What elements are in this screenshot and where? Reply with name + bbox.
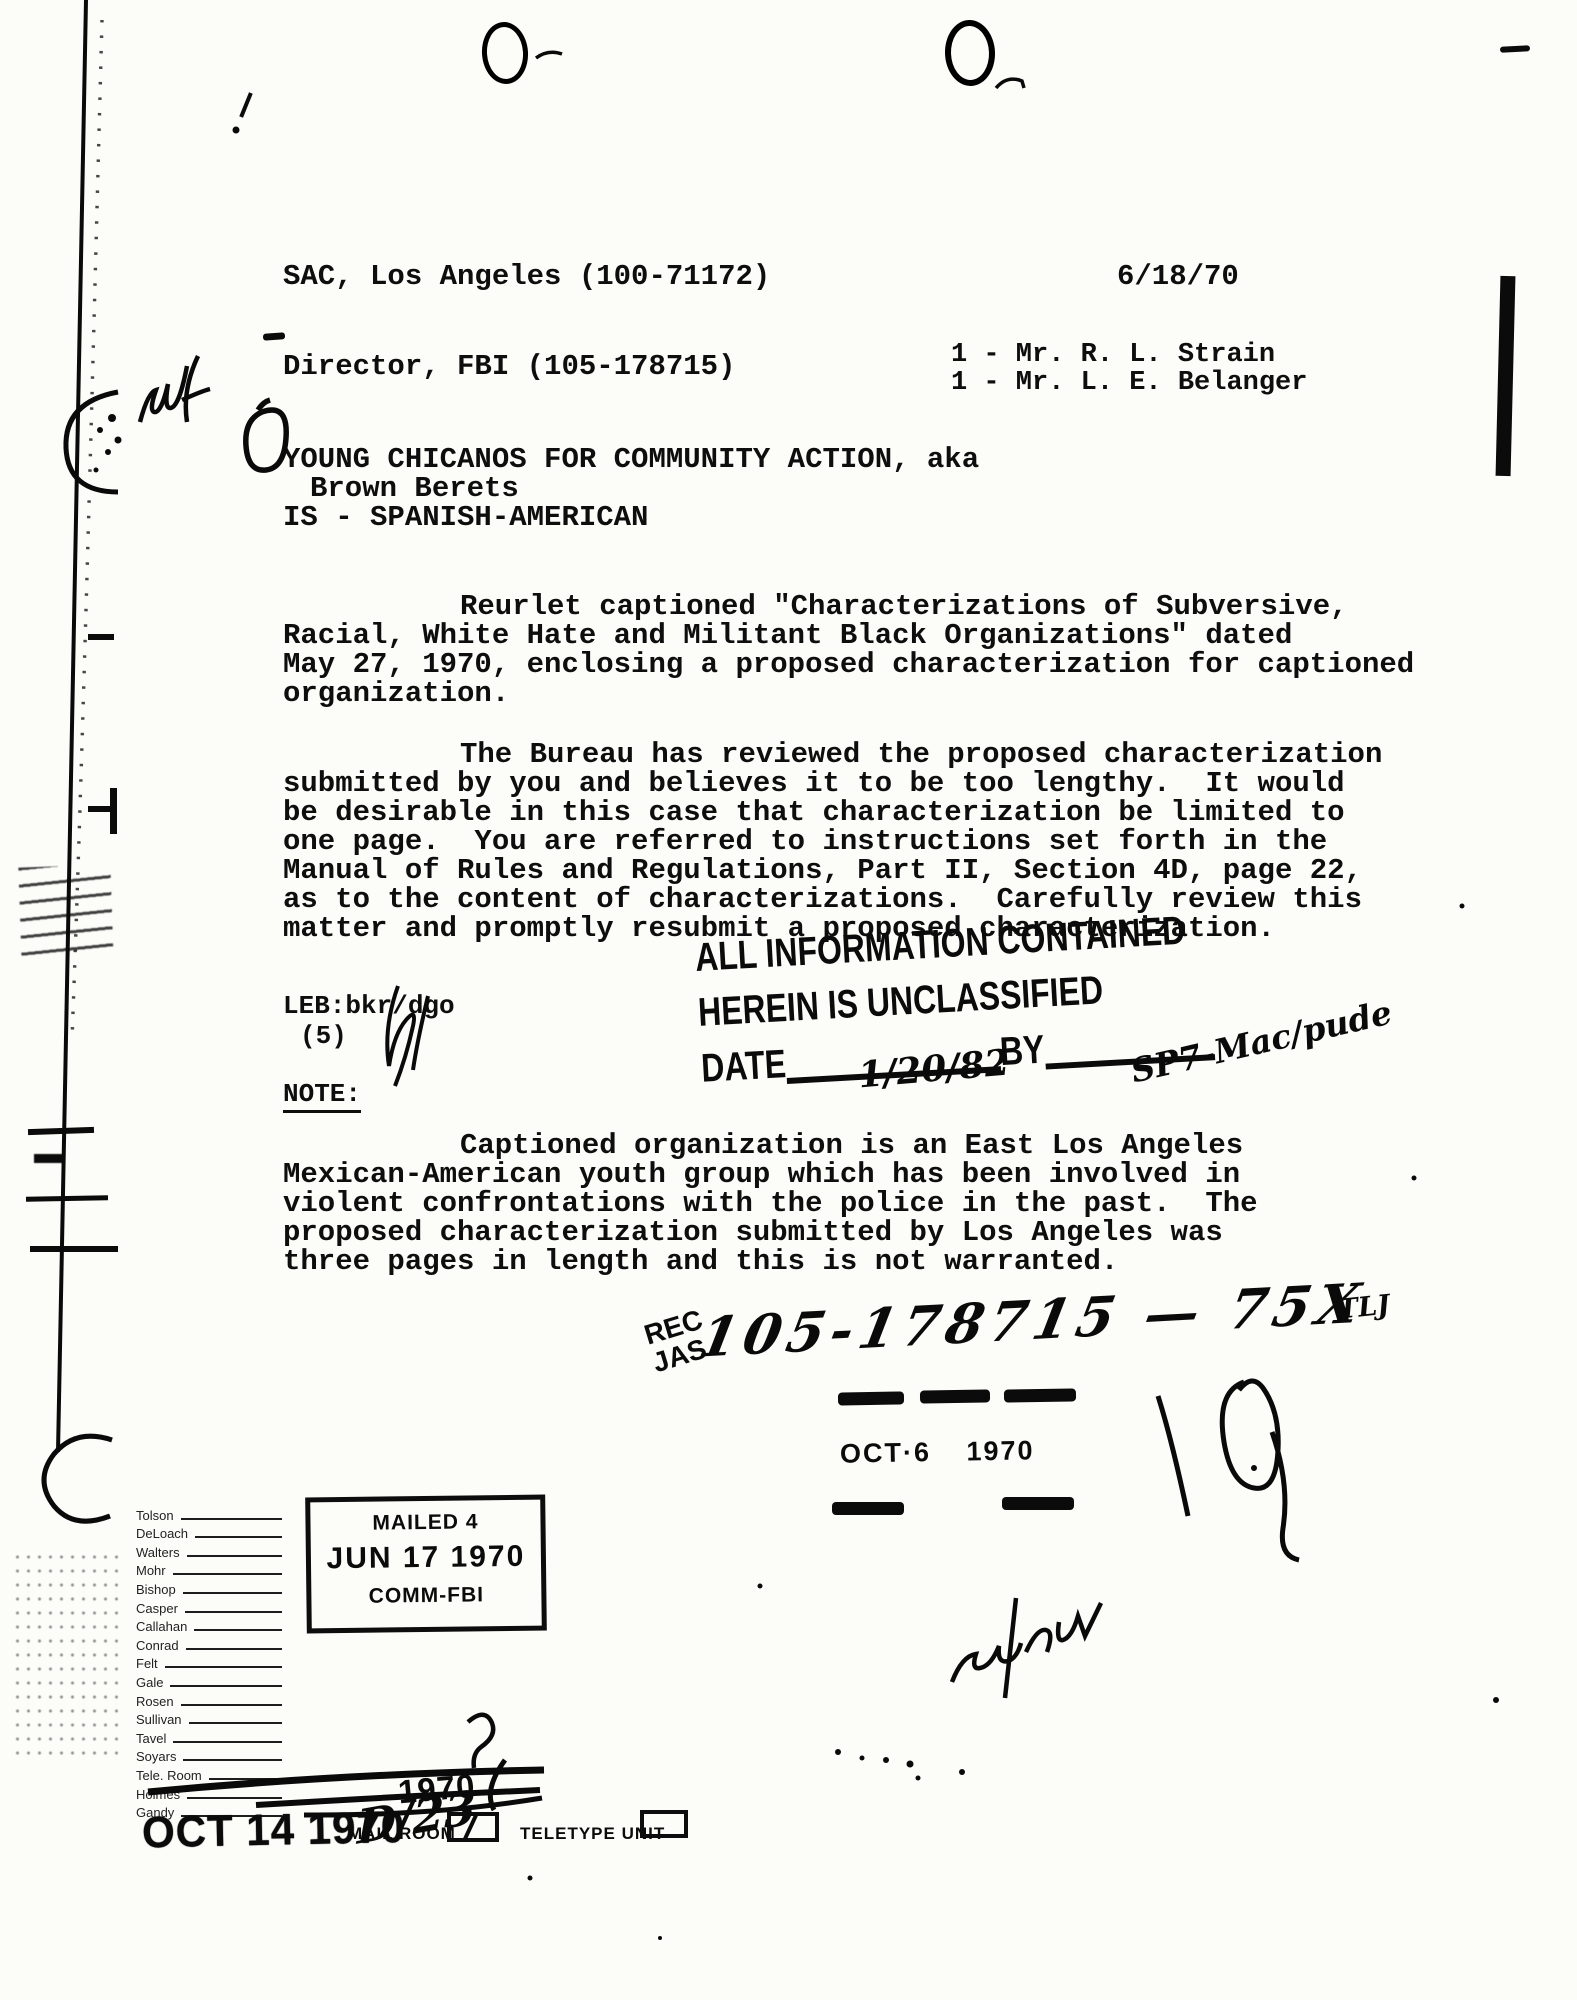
mailed-stamp-line1: MAILED 4 <box>310 1510 540 1537</box>
body-line: organization. <box>283 679 1414 708</box>
body-line: one page. You are referred to instructio… <box>283 827 1382 856</box>
margin-tick <box>30 1246 118 1252</box>
routing-row: Conrad <box>136 1634 284 1653</box>
routing-name: Soyars <box>136 1749 176 1764</box>
cc-block: 1 - Mr. R. L. Strain 1 - Mr. L. E. Belan… <box>951 341 1307 397</box>
routing-blank-line <box>181 1704 282 1706</box>
subject-line2: Brown Berets <box>283 474 979 503</box>
routing-blank-line <box>187 1555 282 1557</box>
margin-tick <box>28 1127 94 1135</box>
hole-punch-mark-right <box>944 19 996 87</box>
margin-tick <box>34 1154 64 1163</box>
routing-name: Bishop <box>136 1582 176 1597</box>
subject-line1: YOUNG CHICANOS FOR COMMUNITY ACTION, aka <box>283 445 979 474</box>
stamp-dash <box>832 1502 904 1515</box>
pen-tail-mark <box>536 52 562 58</box>
routing-row: Walters <box>136 1541 284 1560</box>
body-line: Racial, White Hate and Militant Black Or… <box>283 621 1414 650</box>
body-line: proposed characterization submitted by L… <box>283 1218 1258 1247</box>
date-line: 6/18/70 <box>1117 262 1239 291</box>
typist-initials: LEB:bkr/dgo <box>283 992 455 1021</box>
handwritten-signature <box>1158 1381 1299 1560</box>
routing-blank-line <box>173 1741 282 1743</box>
routing-name: Mohr <box>136 1563 166 1578</box>
stamp-dash <box>920 1389 990 1403</box>
routing-name: Tele. Room <box>136 1768 202 1783</box>
scan-noise-patch <box>12 1550 124 1762</box>
body-line: submitted by you and believes it to be t… <box>283 769 1382 798</box>
routing-name: Tavel <box>136 1731 166 1746</box>
subject-line3: IS - SPANISH-AMERICAN <box>283 503 979 532</box>
note-paragraph: Captioned organization is an East Los An… <box>283 1131 1258 1276</box>
sender-line: Director, FBI (105-178715) <box>283 352 735 381</box>
routing-name: Casper <box>136 1601 178 1616</box>
routing-row: Soyars <box>136 1746 284 1765</box>
corner-dash-mark <box>1500 45 1530 53</box>
handwritten-scribble <box>182 356 210 422</box>
routing-blank-line <box>183 1592 282 1594</box>
routing-row: Gale <box>136 1671 284 1690</box>
mail-room-checkbox <box>447 1812 499 1842</box>
routing-name: Gale <box>136 1675 163 1690</box>
routing-row: Casper <box>136 1597 284 1616</box>
routing-blank-line <box>187 1797 282 1799</box>
fbi-memo-scan: SAC, Los Angeles (100-71172) 6/18/70 Dir… <box>0 0 1577 2000</box>
routing-row: Tele. Room <box>136 1764 284 1783</box>
cc-line: 1 - Mr. L. E. Belanger <box>951 369 1307 397</box>
routing-blank-line <box>173 1573 282 1575</box>
handwritten-file-number: 105-178715 — 75X <box>694 1270 1371 1370</box>
handwritten-scribble <box>952 1598 1101 1698</box>
routing-blank-line <box>170 1685 282 1687</box>
handwritten-o-mark <box>246 400 286 470</box>
routing-list: Tolson DeLoach Walters Mohr Bishop Caspe… <box>136 1504 284 1820</box>
body-line: be desirable in this case that character… <box>283 798 1382 827</box>
routing-name: Rosen <box>136 1694 174 1709</box>
routing-name: Holmes <box>136 1787 180 1802</box>
routing-row: Bishop <box>136 1578 284 1597</box>
mailed-stamp-line3: COMM-FBI <box>311 1583 541 1610</box>
paragraph-1: Reurlet captioned "Characterizations of … <box>283 592 1414 708</box>
stamp-dash <box>1002 1497 1074 1510</box>
handwritten-file-initials: TLJ <box>1337 1289 1392 1325</box>
routing-row: Mohr <box>136 1560 284 1579</box>
routing-name: DeLoach <box>136 1526 188 1541</box>
routing-name: Tolson <box>136 1508 174 1523</box>
cc-line: 1 - Mr. R. L. Strain <box>951 341 1307 369</box>
teletype-unit-checkbox <box>640 1810 688 1838</box>
smudge-circle <box>44 1436 112 1521</box>
right-margin-mark <box>1496 276 1516 476</box>
routing-name: Walters <box>136 1545 180 1560</box>
received-date-stamp: OCT·6 1970 <box>840 1435 1035 1469</box>
routing-blank-line <box>209 1778 282 1780</box>
mail-room-label: MAIL ROOM <box>348 1824 456 1844</box>
routing-row: Callahan <box>136 1616 284 1635</box>
hole-punch-mark-left <box>480 20 530 85</box>
handwritten-scribble <box>468 1715 493 1768</box>
mailed-stamp-date: JUN 17 1970 <box>311 1540 541 1577</box>
routing-blank-line <box>195 1536 282 1538</box>
routing-name: Sullivan <box>136 1712 182 1727</box>
margin-tick <box>26 1195 108 1201</box>
body-line: Manual of Rules and Regulations, Part II… <box>283 856 1382 885</box>
routing-name: Felt <box>136 1656 158 1671</box>
body-line: May 27, 1970, enclosing a proposed chara… <box>283 650 1414 679</box>
body-line: Captioned organization is an East Los An… <box>283 1131 1258 1160</box>
routing-blank-line <box>185 1611 282 1613</box>
routing-name: Conrad <box>136 1638 179 1653</box>
scan-smudge-bars <box>18 864 113 963</box>
stamp-dash <box>838 1391 904 1405</box>
mailed-stamp: MAILED 4 JUN 17 1970 COMM-FBI <box>305 1495 547 1634</box>
stamp-dash <box>1004 1388 1076 1402</box>
routing-blank-line <box>165 1666 282 1668</box>
routing-name: Callahan <box>136 1619 187 1634</box>
body-line: Reurlet captioned "Characterizations of … <box>283 592 1414 621</box>
handwritten-scribble <box>140 366 187 422</box>
routing-blank-line <box>183 1759 282 1761</box>
routing-row: Rosen <box>136 1690 284 1709</box>
routing-blank-line <box>189 1722 282 1724</box>
checkmark <box>463 1812 478 1839</box>
routing-blank-line <box>186 1648 282 1650</box>
routing-row: Tavel <box>136 1727 284 1746</box>
routing-row: Holmes <box>136 1783 284 1802</box>
date-label: DATE <box>700 1044 787 1089</box>
routing-row: Felt <box>136 1653 284 1672</box>
copy-count: (5) <box>300 1022 347 1051</box>
smudge-arc <box>66 392 118 492</box>
stray-mark <box>239 92 252 118</box>
body-line: three pages in length and this is not wa… <box>283 1247 1258 1276</box>
margin-tick <box>88 806 116 812</box>
margin-tick <box>88 634 114 640</box>
routing-row: Tolson <box>136 1504 284 1523</box>
pen-dash-mark <box>263 332 285 341</box>
routing-blank-line <box>194 1629 282 1631</box>
subject-block: YOUNG CHICANOS FOR COMMUNITY ACTION, aka… <box>283 445 979 532</box>
body-line: violent confrontations with the police i… <box>283 1189 1258 1218</box>
routing-row: Sullivan <box>136 1709 284 1728</box>
routing-row: DeLoach <box>136 1523 284 1542</box>
page-edge-line <box>58 0 86 1452</box>
note-label: NOTE: <box>283 1080 361 1113</box>
routing-blank-line <box>181 1518 282 1520</box>
body-line: Mexican-American youth group which has b… <box>283 1160 1258 1189</box>
recipient-line: SAC, Los Angeles (100-71172) <box>283 262 770 291</box>
strike-stroke <box>490 1760 505 1810</box>
pen-tail-mark <box>996 79 1024 88</box>
body-line: The Bureau has reviewed the proposed cha… <box>283 740 1382 769</box>
